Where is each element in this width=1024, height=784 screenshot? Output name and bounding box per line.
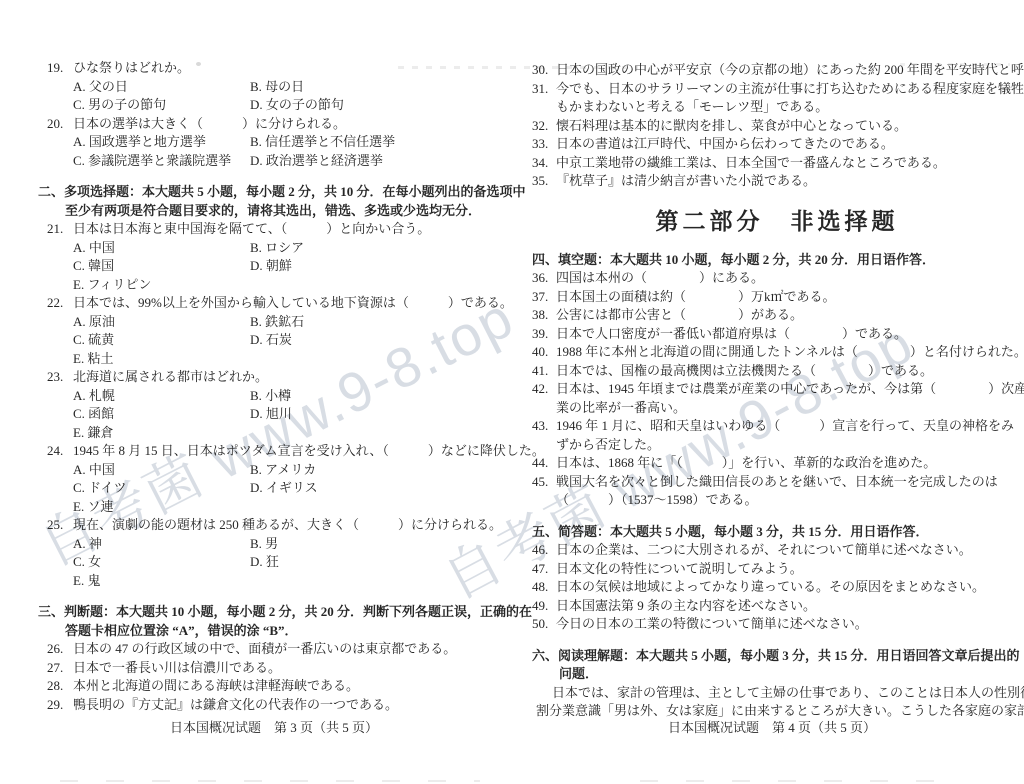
- page-footer-right: 日本国概况试题 第 4 页（共 5 页）: [532, 719, 1012, 737]
- line-text: 『枕草子』は清少納言が書いた小説である。: [556, 173, 816, 188]
- line-text: 答题卡相应位置涂 “A”，错误的涂 “B”．: [65, 623, 298, 638]
- line-text: 日本の国政の中心が平安京（今の京都の地）にあった約 200 年間を平安時代と呼ぶ…: [556, 62, 1024, 77]
- option-a: C. 硫黄: [73, 331, 250, 350]
- line-text: 1988 年に本州と北海道の間に開通したトンネルは（ ）と名付けられた。: [556, 344, 1024, 359]
- question-line: 35.『枕草子』は清少納言が書いた小説である。: [532, 172, 1012, 191]
- question-line: 50.今日の日本の工業の特徴について簡単に述べなさい。: [532, 615, 1012, 634]
- question-line: 26.日本の 47 の行政区域の中で、面積が一番広いのは東京都である。: [38, 640, 510, 659]
- item-number: 21.: [47, 220, 73, 239]
- item-number: 38.: [532, 306, 556, 325]
- option-b: D. 政治選挙と経済選挙: [250, 153, 383, 168]
- line-text: 1945 年 8 月 15 日、日本はポツダム宣言を受け入れ、（ ）などに降伏し…: [73, 443, 545, 458]
- item-number: 48.: [532, 578, 556, 597]
- item-number: 49.: [532, 597, 556, 616]
- line-text: 日本の選挙は大きく（ ）に分けられる。: [73, 116, 346, 131]
- question-line: 30.日本の国政の中心が平安京（今の京都の地）にあった約 200 年間を平安時代…: [532, 61, 1012, 80]
- item-number: 46.: [532, 541, 556, 560]
- line-text: 五、简答题：本大题共 5 小题，每小题 3 分，共 15 分．用日语作答．: [532, 524, 929, 539]
- line-text: 日本の企業は、二つに大別されるが、それについて簡単に述べなさい。: [556, 542, 972, 557]
- option-a: A. 中国: [73, 461, 250, 480]
- options-row: A. 国政選挙と地方選挙B. 信任選挙と不信任選挙: [38, 133, 510, 152]
- item-number: 39.: [532, 325, 556, 344]
- line-text: 日本では、家計の管理は、主として主婦の仕事であり、このことは日本人の性別役: [552, 685, 1024, 700]
- question-line: 23.北海道に属される都市はどれか。: [38, 368, 510, 387]
- option-a: A. 中国: [73, 239, 250, 258]
- line-text: 日本文化の特性について説明してみよう。: [556, 561, 803, 576]
- item-number: 23.: [47, 368, 73, 387]
- line-text: 日本の気候は地域によってかなり違っている。その原因をまとめなさい。: [556, 579, 985, 594]
- line-text: 第二部分 非选择题: [656, 208, 899, 234]
- scan-artifact: [640, 780, 940, 782]
- option-b: B. 母の日: [250, 79, 304, 94]
- option-a: C. 男の子の節句: [73, 96, 250, 115]
- line-text: （ ）（1537～1598）である。: [556, 492, 758, 507]
- line-text: 四、填空题：本大题共 10 小题，每小题 2 分，共 20 分．用日语作答．: [532, 252, 935, 267]
- line-text: 本州と北海道の間にある海峡は津軽海峡である。: [73, 678, 359, 693]
- line-text: 日本は、1945 年頃までは農業が産業の中心であったが、今は第（ ）次産: [556, 381, 1024, 396]
- section-header: 三、判断题：本大题共 10 小题，每小题 2 分，共 20 分．判断下列各题正误…: [38, 603, 510, 622]
- option-a: E. ソ連: [73, 499, 113, 514]
- line-text: 二、多项选择题：本大题共 5 小题，每小题 2 分，共 10 分．在每小题列出的…: [38, 184, 526, 199]
- question-line: 44.日本は、1868 年に「（ ）」を行い、革新的な政治を進めた。: [532, 454, 1012, 473]
- option-a: C. 函館: [73, 405, 250, 424]
- line-text: 日本国憲法第 9 条の主な内容を述べなさい。: [556, 598, 816, 613]
- line-text: 日本国土の面積は約（ ）万k㎡である。: [556, 289, 836, 304]
- question-line: 45.戦国大名を次々と倒した織田信長のあとを継いで、日本統一を完成したのは: [532, 473, 1012, 492]
- question-line: 46.日本の企業は、二つに大別されるが、それについて簡単に述べなさい。: [532, 541, 1012, 560]
- item-number: 36.: [532, 269, 556, 288]
- line-text: 懐石料理は基本的に獣肉を排し、菜食が中心となっている。: [556, 118, 907, 133]
- line-text: 今日の日本の工業の特徴について簡単に述べなさい。: [556, 616, 868, 631]
- question-line: 49.日本国憲法第 9 条の主な内容を述べなさい。: [532, 597, 1012, 616]
- item-number: 28.: [47, 677, 73, 696]
- option-a: E. 鬼: [73, 573, 100, 588]
- line-text: ひな祭りはどれか。: [73, 60, 190, 75]
- options-row: A. 原油B. 鉄鉱石: [38, 313, 510, 332]
- option-a: E. 鎌倉: [73, 425, 113, 440]
- item-number: 37.: [532, 288, 556, 307]
- item-number: 40.: [532, 343, 556, 362]
- option-b: D. イギリス: [250, 480, 318, 495]
- section-header-continuation: 至少有两项是符合题目要求的，请将其选出，错选、多选或少选均无分．: [38, 202, 510, 221]
- option-b: D. 石炭: [250, 332, 292, 347]
- line-text: 北海道に属される都市はどれか。: [73, 369, 268, 384]
- options-row: C. 韓国D. 朝鮮: [38, 257, 510, 276]
- question-continuation: 業の比率が一番高い。: [532, 399, 1012, 418]
- question-line: 39.日本で人口密度が一番低い都道府県は（ ）である。: [532, 325, 1012, 344]
- option-a: C. ドイツ: [73, 479, 250, 498]
- options-row: C. ドイツD. イギリス: [38, 479, 510, 498]
- item-number: 33.: [532, 135, 556, 154]
- option-a: A. 父の日: [73, 78, 250, 97]
- item-number: 22.: [47, 294, 73, 313]
- question-line: 25.現在、演劇の能の題材は 250 種あるが、大きく（ ）に分けられる。: [38, 516, 510, 535]
- item-number: 34.: [532, 154, 556, 173]
- passage-line: 割分業意識「男は外、女は家庭」に由来するところが大きい。こうした各家庭の家計: [532, 702, 1012, 721]
- line-text: ずから否定した。: [556, 437, 660, 452]
- question-line: 32.懐石料理は基本的に獣肉を排し、菜食が中心となっている。: [532, 117, 1012, 136]
- option-b: B. 信任選挙と不信任選挙: [250, 134, 395, 149]
- question-line: 43.1946 年 1 月に、昭和天皇はいわゆる（ ）宣言を行って、天皇の神格を…: [532, 417, 1012, 436]
- line-text: 中京工業地帯の繊維工業は、日本全国で一番盛んなところである。: [556, 155, 946, 170]
- option-a: A. 神: [73, 535, 250, 554]
- option-b: D. 女の子の節句: [250, 97, 344, 112]
- item-number: 29.: [47, 696, 73, 715]
- line-text: 问题．: [559, 666, 598, 681]
- scanned-exam-sheet: 自考菌 www.9-8.top 自考菌 www.9-8.top 19.ひな祭りは…: [0, 0, 1024, 784]
- question-line: 42.日本は、1945 年頃までは農業が産業の中心であったが、今は第（ ）次産: [532, 380, 1012, 399]
- line-text: 日本は日本海と東中国海を隔てて、（ ）と向かい合う。: [73, 221, 430, 236]
- item-number: 44.: [532, 454, 556, 473]
- item-number: 42.: [532, 380, 556, 399]
- line-text: 日本では、99%以上を外国から輸入している地下資源は（ ）である。: [73, 295, 513, 310]
- option-b: D. 狂: [250, 554, 279, 569]
- question-line: 22.日本では、99%以上を外国から輸入している地下資源は（ ）である。: [38, 294, 510, 313]
- line-text: 今でも、日本のサラリーマンの主流が仕事に打ち込むためにある程度家庭を犠牲して: [556, 81, 1024, 96]
- item-number: 27.: [47, 659, 73, 678]
- option-a: A. 原油: [73, 313, 250, 332]
- question-line: 20.日本の選挙は大きく（ ）に分けられる。: [38, 115, 510, 134]
- part-title: 第二部分 非选择题: [532, 204, 1012, 238]
- section-header: 六、阅读理解题：本大题共 5 小题，每小题 3 分，共 15 分．用日语回答文章…: [532, 647, 1012, 666]
- item-number: 43.: [532, 417, 556, 436]
- line-text: 鴨長明の『方丈記』は鎌倉文化の代表作の一つである。: [73, 697, 398, 712]
- line-text: 四国は本州の（ ）にある。: [556, 270, 764, 285]
- option-b: B. 鉄鉱石: [250, 314, 304, 329]
- item-number: 24.: [47, 442, 73, 461]
- question-line: 29.鴨長明の『方丈記』は鎌倉文化の代表作の一つである。: [38, 696, 510, 715]
- line-text: 日本は、1868 年に「（ ）」を行い、革新的な政治を進めた。: [556, 455, 936, 470]
- item-number: 31.: [532, 80, 556, 99]
- line-text: もかまわないと考える「モーレツ型」である。: [556, 99, 828, 114]
- exam-page-3: 19.ひな祭りはどれか。A. 父の日B. 母の日C. 男の子の節句D. 女の子の…: [38, 59, 510, 714]
- line-text: 戦国大名を次々と倒した織田信長のあとを継いで、日本統一を完成したのは: [556, 474, 998, 489]
- question-line: 33.日本の書道は江戸時代、中国から伝わってきたのである。: [532, 135, 1012, 154]
- question-line: 48.日本の気候は地域によってかなり違っている。その原因をまとめなさい。: [532, 578, 1012, 597]
- line-text: 日本で人口密度が一番低い都道府県は（ ）である。: [556, 326, 907, 341]
- question-line: 24.1945 年 8 月 15 日、日本はポツダム宣言を受け入れ、（ ）などに…: [38, 442, 510, 461]
- option-b: B. アメリカ: [250, 462, 316, 477]
- spacer: [532, 191, 1012, 204]
- item-number: 19.: [47, 59, 73, 78]
- line-text: 割分業意識「男は外、女は家庭」に由来するところが大きい。こうした各家庭の家計: [536, 703, 1024, 718]
- options-row: C. 硫黄D. 石炭: [38, 331, 510, 350]
- item-number: 41.: [532, 362, 556, 381]
- option-a: A. 国政選挙と地方選挙: [73, 133, 250, 152]
- option-row: E. 鎌倉: [38, 424, 510, 443]
- option-a: E. 粘土: [73, 351, 113, 366]
- item-number: 20.: [47, 115, 73, 134]
- options-row: C. 男の子の節句D. 女の子の節句: [38, 96, 510, 115]
- item-number: 30.: [532, 61, 556, 80]
- spacer: [532, 634, 1012, 647]
- section-header: 二、多项选择题：本大题共 5 小题，每小题 2 分，共 10 分．在每小题列出的…: [38, 183, 510, 202]
- option-row: E. 鬼: [38, 572, 510, 591]
- section-header: 五、简答题：本大题共 5 小题，每小题 3 分，共 15 分．用日语作答．: [532, 523, 1012, 542]
- line-text: 現在、演劇の能の題材は 250 種あるが、大きく（ ）に分けられる。: [73, 517, 502, 532]
- item-number: 50.: [532, 615, 556, 634]
- option-b: D. 旭川: [250, 406, 292, 421]
- section-header-continuation: 问题．: [532, 665, 1012, 684]
- options-row: C. 女D. 狂: [38, 553, 510, 572]
- item-number: 35.: [532, 172, 556, 191]
- line-text: 日本の 47 の行政区域の中で、面積が一番広いのは東京都である。: [73, 641, 456, 656]
- option-b: B. 小樽: [250, 388, 291, 403]
- exam-page-4: 30.日本の国政の中心が平安京（今の京都の地）にあった約 200 年間を平安時代…: [532, 61, 1012, 721]
- section-header: 四、填空题：本大题共 10 小题，每小题 2 分，共 20 分．用日语作答．: [532, 251, 1012, 270]
- options-row: C. 参議院選挙と衆議院選挙D. 政治選挙と経済選挙: [38, 152, 510, 171]
- line-text: 日本の書道は江戸時代、中国から伝わってきたのである。: [556, 136, 894, 151]
- question-continuation: ずから否定した。: [532, 436, 1012, 455]
- section-header-continuation: 答题卡相应位置涂 “A”，错误的涂 “B”．: [38, 622, 510, 641]
- item-number: 26.: [47, 640, 73, 659]
- option-a: A. 札幌: [73, 387, 250, 406]
- passage-line: 日本では、家計の管理は、主として主婦の仕事であり、このことは日本人の性別役: [532, 684, 1012, 703]
- spacer: [38, 590, 510, 603]
- option-a: C. 韓国: [73, 257, 250, 276]
- question-line: 47.日本文化の特性について説明してみよう。: [532, 560, 1012, 579]
- line-text: 六、阅读理解题：本大题共 5 小题，每小题 3 分，共 15 分．用日语回答文章…: [532, 648, 1020, 663]
- line-text: 業の比率が一番高い。: [556, 400, 686, 415]
- item-number: 45.: [532, 473, 556, 492]
- question-continuation: もかまわないと考える「モーレツ型」である。: [532, 98, 1012, 117]
- line-text: 至少有两项是符合题目要求的，请将其选出，错选、多选或少选均无分．: [65, 203, 481, 218]
- option-b: D. 朝鮮: [250, 258, 292, 273]
- option-a: C. 女: [73, 553, 250, 572]
- option-a: E. フィリピン: [73, 277, 151, 292]
- spacer: [38, 170, 510, 183]
- option-b: B. 男: [250, 536, 278, 551]
- question-line: 21.日本は日本海と東中国海を隔てて、（ ）と向かい合う。: [38, 220, 510, 239]
- question-line: 31.今でも、日本のサラリーマンの主流が仕事に打ち込むためにある程度家庭を犠牲し…: [532, 80, 1012, 99]
- scan-artifact: [60, 780, 480, 782]
- page-footer-left: 日本国概况试题 第 3 页（共 5 页）: [38, 719, 510, 737]
- line-text: 日本では、国権の最高機関は立法機関たる（ ）である。: [556, 363, 933, 378]
- question-line: 40.1988 年に本州と北海道の間に開通したトンネルは（ ）と名付けられた。: [532, 343, 1012, 362]
- option-row: E. 粘土: [38, 350, 510, 369]
- options-row: A. 札幌B. 小樽: [38, 387, 510, 406]
- question-line: 27.日本で一番長い川は信濃川である。: [38, 659, 510, 678]
- options-row: A. 父の日B. 母の日: [38, 78, 510, 97]
- question-line: 36.四国は本州の（ ）にある。: [532, 269, 1012, 288]
- spacer: [532, 510, 1012, 523]
- option-a: C. 参議院選挙と衆議院選挙: [73, 152, 250, 171]
- options-row: C. 函館D. 旭川: [38, 405, 510, 424]
- item-number: 47.: [532, 560, 556, 579]
- question-line: 37.日本国土の面積は約（ ）万k㎡である。: [532, 288, 1012, 307]
- options-row: A. 中国B. アメリカ: [38, 461, 510, 480]
- question-line: 19.ひな祭りはどれか。: [38, 59, 510, 78]
- question-continuation: （ ）（1537～1598）である。: [532, 491, 1012, 510]
- line-text: 1946 年 1 月に、昭和天皇はいわゆる（ ）宣言を行って、天皇の神格をみ: [556, 418, 1014, 433]
- line-text: 公害には都市公害と（ ）がある。: [556, 307, 803, 322]
- item-number: 32.: [532, 117, 556, 136]
- question-line: 28.本州と北海道の間にある海峡は津軽海峡である。: [38, 677, 510, 696]
- options-row: A. 神B. 男: [38, 535, 510, 554]
- option-b: B. ロシア: [250, 240, 304, 255]
- question-line: 34.中京工業地帯の繊維工業は、日本全国で一番盛んなところである。: [532, 154, 1012, 173]
- options-row: A. 中国B. ロシア: [38, 239, 510, 258]
- question-line: 41.日本では、国権の最高機関は立法機関たる（ ）である。: [532, 362, 1012, 381]
- spacer: [532, 238, 1012, 251]
- option-row: E. ソ連: [38, 498, 510, 517]
- line-text: 日本で一番長い川は信濃川である。: [73, 660, 281, 675]
- line-text: 三、判断题：本大题共 10 小题，每小题 2 分，共 20 分．判断下列各题正误…: [38, 604, 532, 619]
- item-number: 25.: [47, 516, 73, 535]
- option-row: E. フィリピン: [38, 276, 510, 295]
- question-line: 38.公害には都市公害と（ ）がある。: [532, 306, 1012, 325]
